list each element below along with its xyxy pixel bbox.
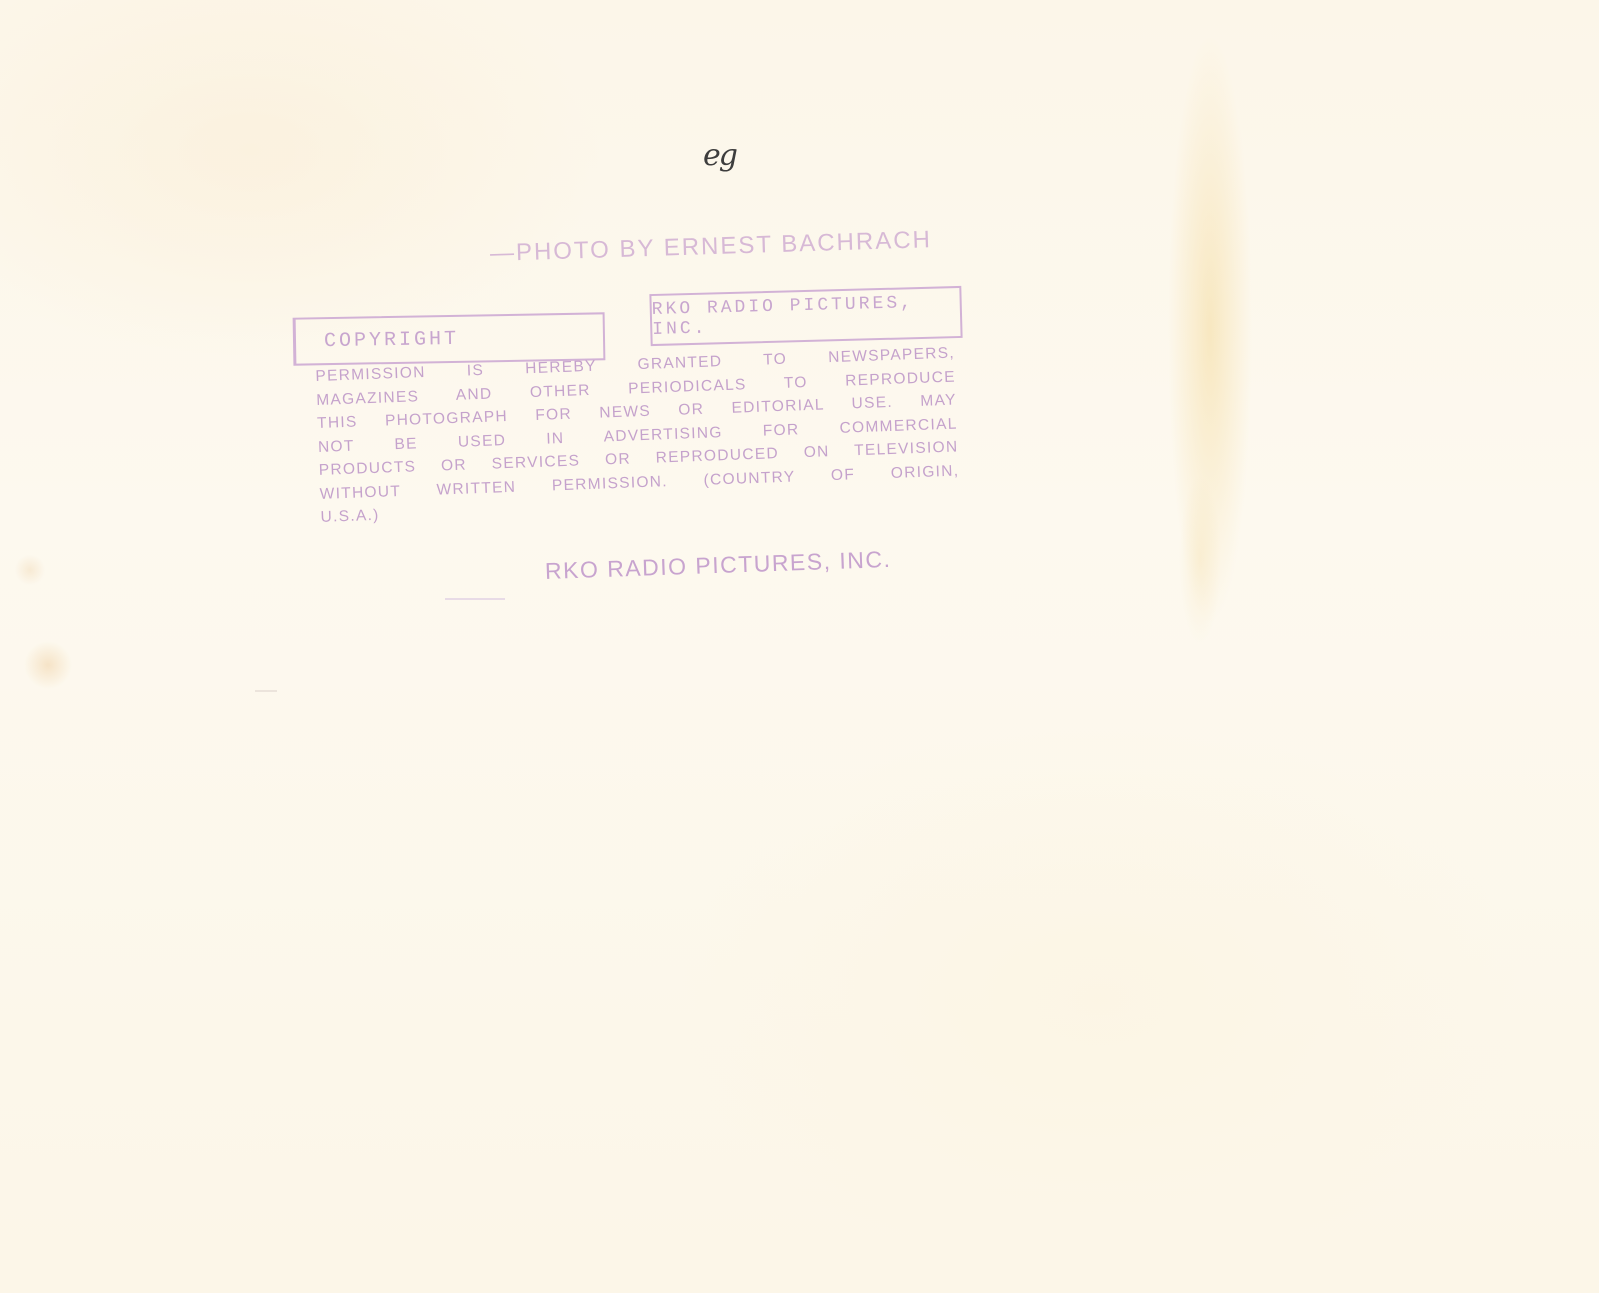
company-stamp-label: RKO RADIO PICTURES, INC. [652, 292, 961, 340]
handwritten-note: eg [703, 138, 736, 173]
permission-stamp: PERMISSION IS HEREBY GRANTED TO NEWSPAPE… [315, 342, 961, 530]
company-stamp-box: RKO RADIO PICTURES, INC. [649, 286, 962, 346]
pencil-dash [255, 690, 277, 692]
photo-back-paper [0, 0, 1599, 1293]
copyright-stamp-label: COPYRIGHT [324, 327, 459, 352]
pencil-dash [445, 598, 505, 600]
